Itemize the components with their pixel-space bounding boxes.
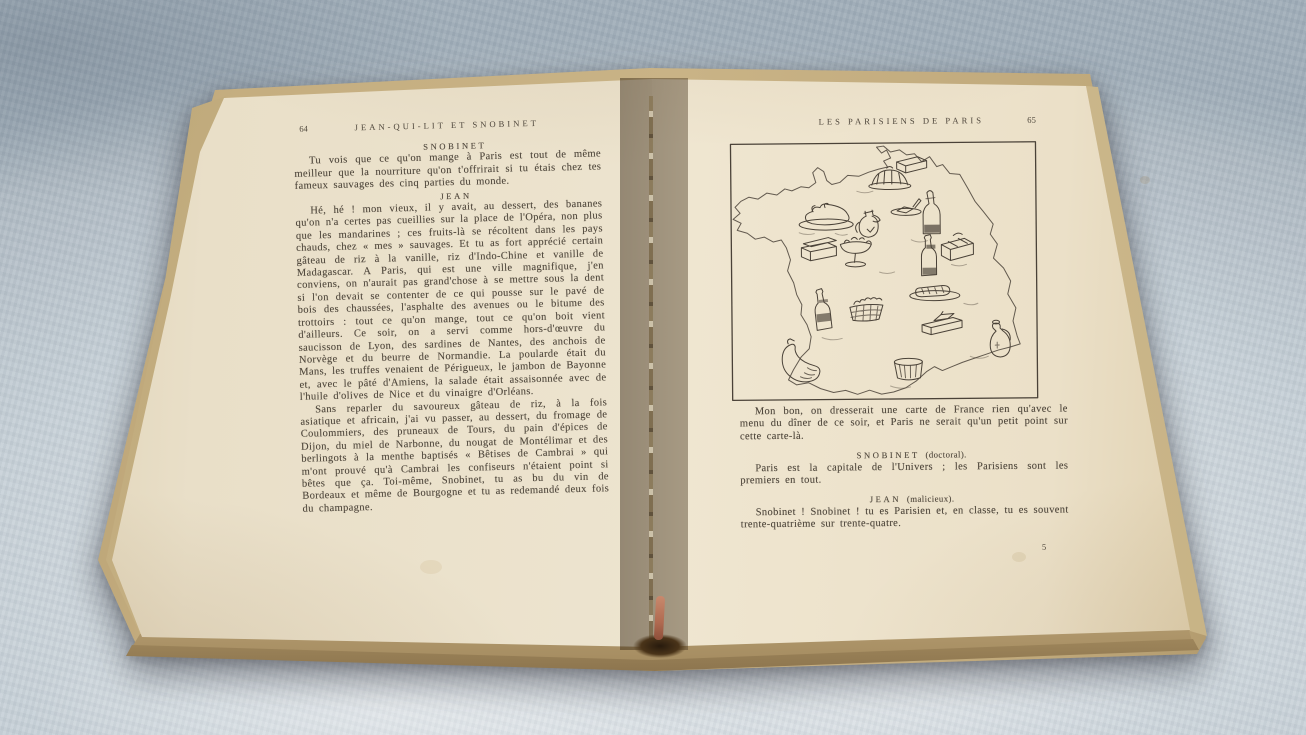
vinegar-cruet-icon — [855, 210, 880, 237]
left-page-header: 64 JEAN-QUI-LIT ET SNOBINET — [293, 116, 600, 135]
champagne-bottle-icon — [923, 191, 940, 234]
wrapped-parcel-icon — [941, 233, 973, 261]
saucisson-icon — [910, 285, 960, 300]
running-title: LES PARISIENS DE PARIS — [737, 114, 1065, 127]
fruit-basket-icon — [850, 298, 883, 322]
illustration-caption: Mon bon, on dresserait une carte de Fran… — [740, 403, 1068, 443]
butter-dish-icon — [891, 199, 921, 216]
candy-box-icon — [897, 157, 927, 173]
paragraph: Sans reparler du savoureux gâteau de riz… — [300, 397, 610, 516]
speaker-name: JEAN — [870, 494, 901, 504]
speaker-name: SNOBINET — [857, 450, 920, 461]
page-number: 65 — [1027, 115, 1036, 125]
right-page-text: Mon bon, on dresserait une carte de Fran… — [740, 403, 1069, 532]
stage-direction: (doctoral). — [925, 450, 966, 460]
france-menu-illustration — [728, 140, 1039, 403]
wine-bottle-icon — [921, 235, 936, 276]
photo-of-open-book: 64 JEAN-QUI-LIT ET SNOBINET SNOBINET Tu … — [0, 0, 1306, 735]
left-page-content: 64 JEAN-QUI-LIT ET SNOBINET SNOBINET Tu … — [230, 89, 664, 665]
stage-direction: (malicieux). — [907, 494, 955, 504]
paragraph: Hé, hé ! mon vieux, il y avait, au desse… — [295, 198, 607, 404]
paragraph: Snobinet ! Snobinet ! tu es Parisien et,… — [741, 504, 1069, 532]
roast-fowl-icon — [799, 203, 853, 230]
book: 64 JEAN-QUI-LIT ET SNOBINET SNOBINET Tu … — [0, 0, 1306, 735]
ham-icon — [782, 339, 820, 382]
running-title: JEAN-QUI-LIT ET SNOBINET — [293, 116, 600, 133]
paragraph: Paris est la capitale de l'Univers ; les… — [740, 460, 1068, 488]
page-number: 64 — [299, 124, 308, 134]
fruit-compote-icon — [840, 237, 871, 267]
left-page-text: SNOBINET Tu vois que ce qu'on mange à Pa… — [294, 136, 610, 516]
speaker-name: JEAN — [440, 190, 472, 201]
speaker-name: SNOBINET — [423, 140, 487, 152]
nougat-bar-icon — [922, 311, 962, 334]
right-page-header: LES PARISIENS DE PARIS 65 — [737, 114, 1065, 129]
ground-shadow-squiggles — [799, 190, 989, 389]
right-page-content: LES PARISIENS DE PARIS 65 — [652, 76, 1127, 660]
foxing-spot — [1140, 176, 1150, 184]
ribbed-pot-icon — [894, 358, 922, 380]
bordeaux-bottle-icon — [813, 288, 833, 330]
signature-mark: 5 — [1042, 542, 1046, 552]
open-box-icon — [801, 237, 836, 260]
